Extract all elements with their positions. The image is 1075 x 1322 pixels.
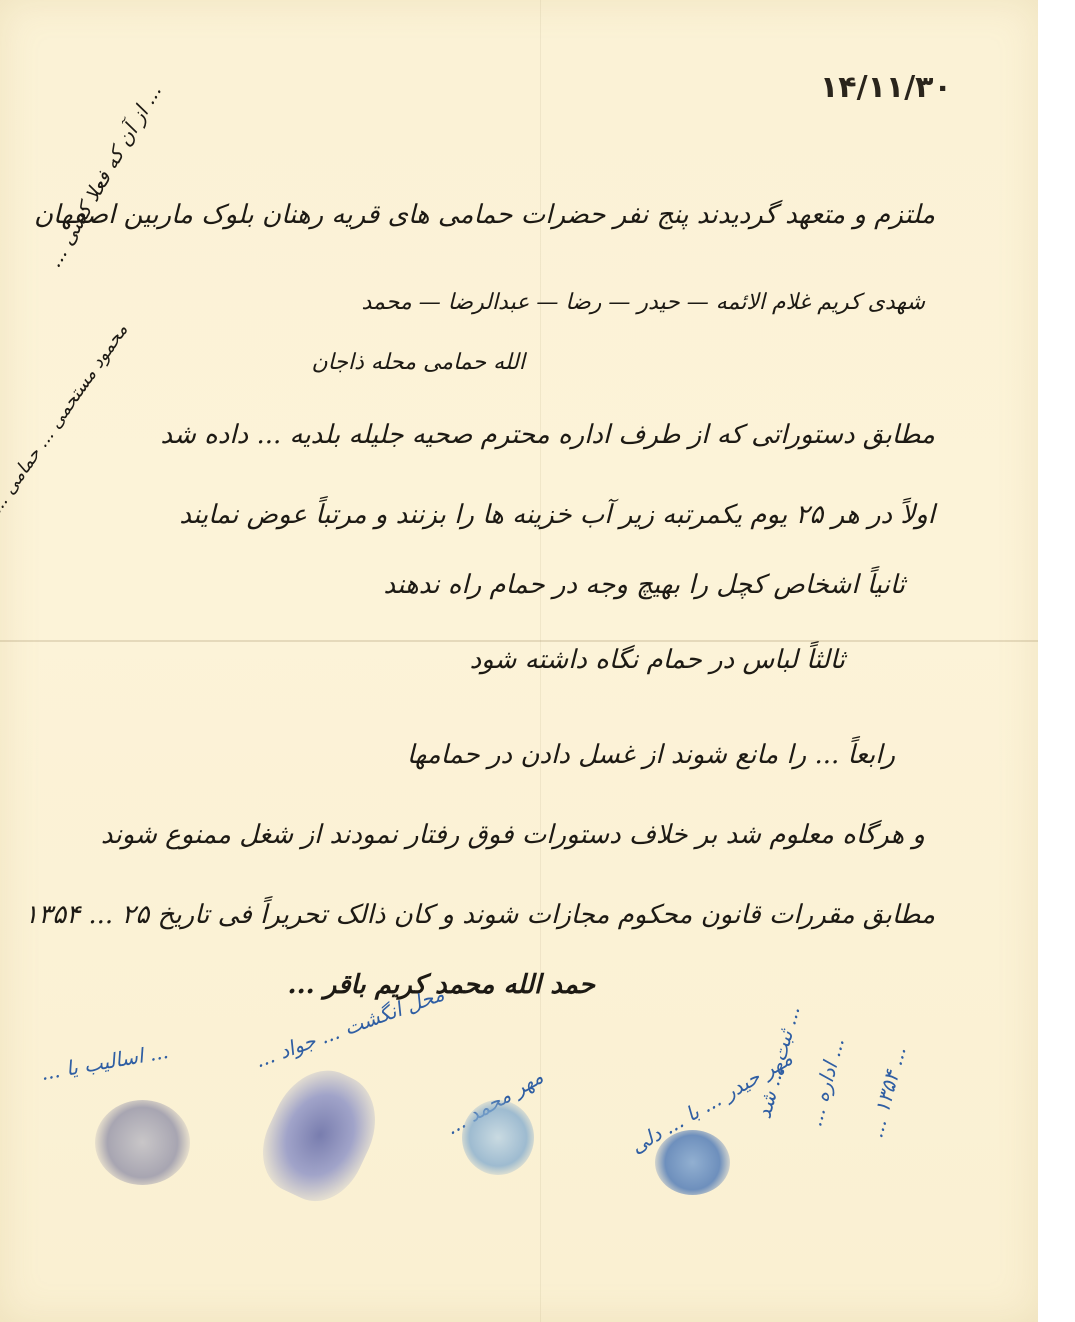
text-line-3: الله حمامی محله ذاجان <box>312 350 525 375</box>
text-line-2: شهدی کریم غلام الائمه — حیدر — رضا — عبد… <box>361 290 925 315</box>
text-line-7: ثالثاً لباس در حمام نگاه داشته شود <box>470 645 845 675</box>
seal-light-blue <box>462 1100 534 1175</box>
fold-line-horizontal <box>0 640 1038 642</box>
text-line-9: و هرگاه معلوم شد بر خلاف دستورات فوق رفت… <box>101 820 925 850</box>
text-line-5: اولاً در هر ۲۵ یوم یکمرتبه زیر آب خزینه … <box>179 500 935 530</box>
text-line-1: ملتزم و متعهد گردیدند پنج نفر حضرات حمام… <box>34 200 935 230</box>
text-line-6: ثانیاً اشخاص کچل را بهیچ وجه در حمام راه… <box>384 570 906 600</box>
text-line-10: مطابق مقررات قانون محکوم مجازات شوند و ک… <box>24 900 935 930</box>
seal-gray <box>95 1100 190 1185</box>
text-line-8: رابعاً ... را مانع شوند از غسل دادن در ح… <box>407 740 895 770</box>
document-date: ۱۴/۱۱/۳۰ <box>820 70 952 105</box>
text-line-4: مطابق دستوراتی که از طرف اداره محترم صحی… <box>160 420 935 450</box>
seal-dark-blue <box>655 1130 730 1195</box>
